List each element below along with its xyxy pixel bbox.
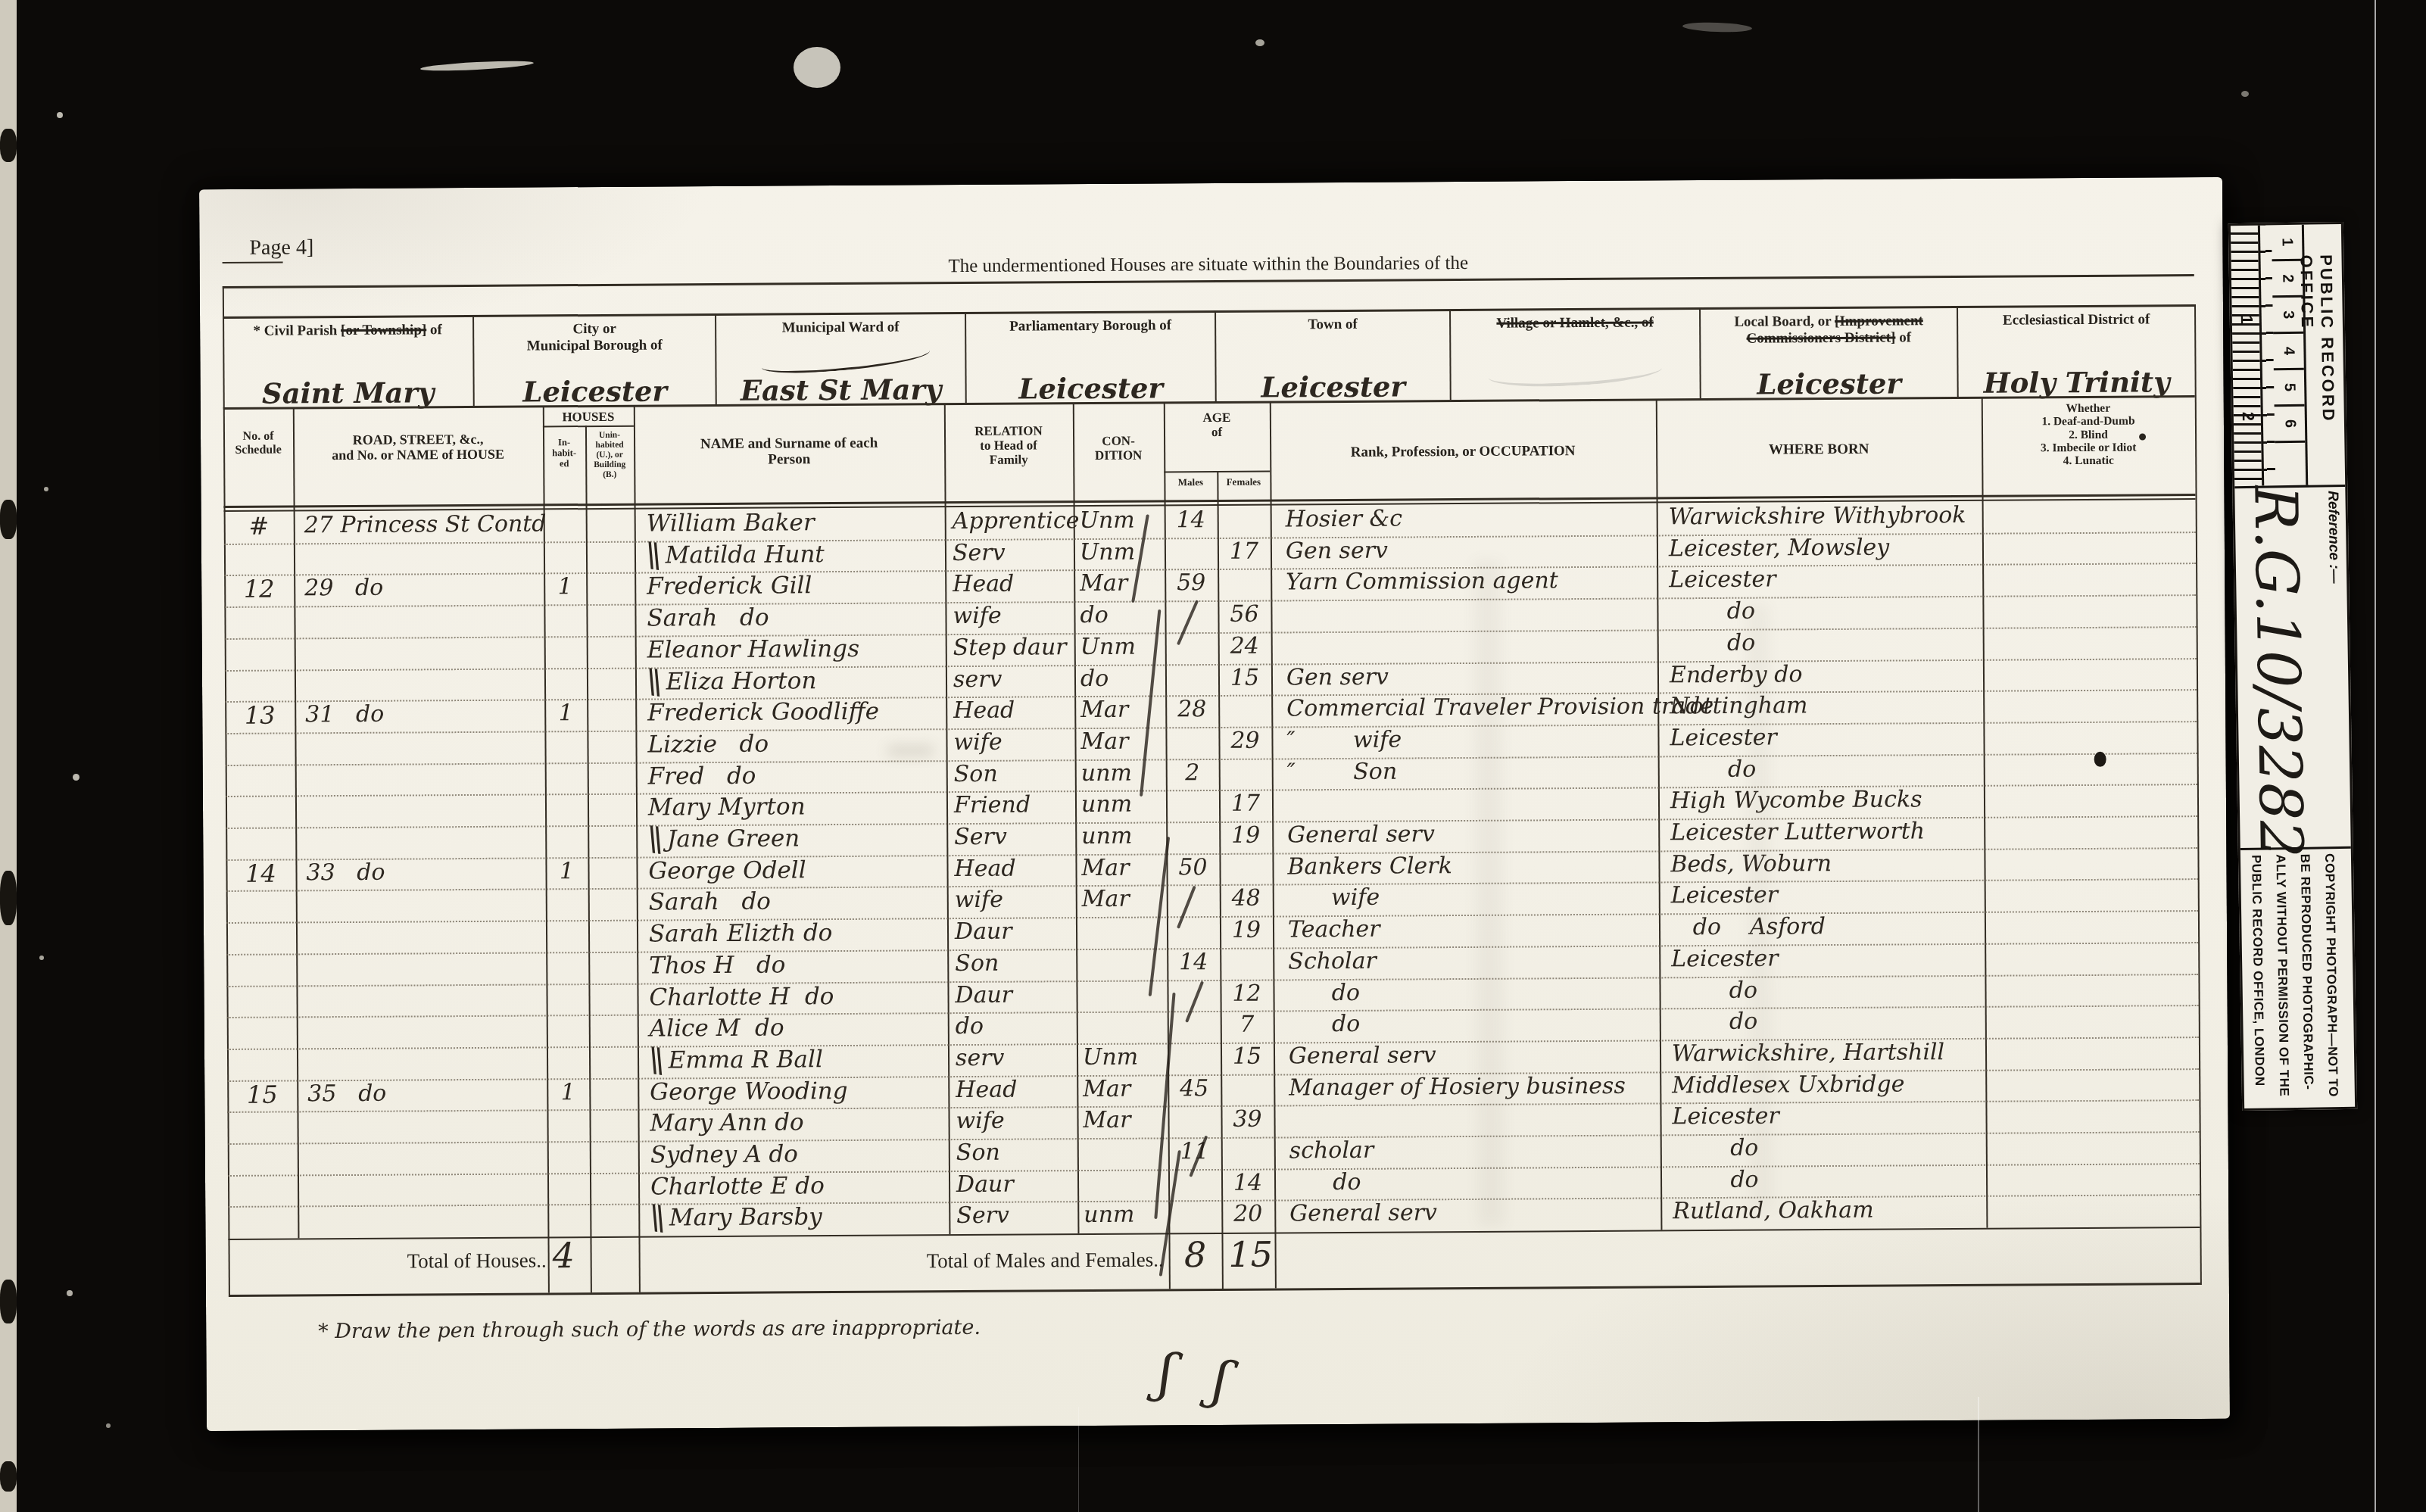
smudge: [1746, 604, 1773, 1210]
footnote: * Draw the pen through such of the words…: [318, 1316, 981, 1343]
ruler: 123456 12 PUBLIC RECORD OFFICE: [2231, 224, 2345, 488]
boundary-field-label: Local Board, or [ImprovementCommissioner…: [1701, 313, 1957, 348]
person-name: \\Matilda Hunt: [647, 539, 972, 570]
column-header-uninhabited: Unin-habited(U.), orBuilding(B.): [585, 431, 634, 480]
relation-to-head: serv: [953, 665, 1074, 694]
relation-to-head: Daur: [955, 917, 1076, 946]
where-born: Leicester: [1671, 880, 2030, 911]
relation-to-head: Head: [954, 854, 1075, 884]
household-end-mark: \\: [645, 661, 662, 703]
pen-squiggle: ʃ: [1208, 1348, 1233, 1412]
copyright-line: COPYRIGHT PHOTOGRAPH—NOT TO: [2317, 853, 2345, 1102]
boundary-field: Parliamentary Borough ofLeicester: [965, 312, 1215, 403]
relation-to-head: wife: [953, 601, 1074, 631]
condition: Mar: [1082, 885, 1167, 915]
column-header-name: NAME and Surname of eachPerson: [634, 435, 944, 469]
age-female: 12: [1220, 979, 1273, 1008]
relation-to-head: Friend: [954, 790, 1075, 820]
relation-to-head: Daur: [956, 1170, 1077, 1199]
column-header-females: Females: [1217, 477, 1270, 488]
copyright-line: ALLY WITHOUT PERMISSION OF THE: [2268, 854, 2296, 1103]
white-speck: [106, 1423, 111, 1428]
relation-to-head: wife: [956, 1106, 1077, 1136]
age-female: 19: [1220, 916, 1273, 945]
column-header-age: AGEof: [1164, 410, 1270, 440]
label-text: of: [426, 322, 442, 338]
copyright-zone: COPYRIGHT PHOTOGRAPH—NOT TOBE REPRODUCED…: [2240, 846, 2355, 1108]
condition: Mar: [1080, 727, 1165, 756]
boundary-field-label: Municipal Ward of: [716, 319, 965, 337]
relation-to-head: Son: [956, 1138, 1077, 1168]
person-name: Eleanor Hawlings: [647, 634, 973, 665]
boundary-field-value: Holy Trinity: [1958, 366, 2194, 400]
boundary-field-label: * Civil Parish [or Township] of: [223, 322, 472, 340]
ruler-number: 2: [2278, 274, 2296, 282]
age-male: 14: [1167, 948, 1220, 977]
age-female: 15: [1221, 1042, 1274, 1071]
condition: do: [1080, 600, 1165, 630]
column-headers: No. ofScheduleROAD, STREET, &c.,and No. …: [199, 177, 2222, 189]
ruler-inch-number: 1: [2237, 315, 2256, 325]
condition: Unm: [1080, 538, 1165, 567]
boundary-field: * Civil Parish [or Township] ofSaint Mar…: [223, 316, 473, 407]
table-rows: #27 Princess St ContdWilliam BakerAppren…: [199, 177, 2222, 189]
where-born: do: [1671, 974, 2030, 1005]
boundary-field: Local Board, or [ImprovementCommissioner…: [1699, 307, 1957, 398]
white-speck: [420, 59, 534, 73]
houses-inhabited: 1: [545, 857, 588, 886]
scanned-census-image: Page 4] The undermentioned Houses are si…: [0, 0, 2426, 1512]
ruler-number: 1: [2278, 238, 2296, 246]
age-female: 24: [1218, 631, 1271, 660]
ruler-number: 6: [2281, 419, 2298, 428]
label-text: Parliamentary Borough of: [1009, 317, 1171, 334]
schedule-number: 15: [227, 1080, 297, 1109]
person-name: Frederick Gill: [647, 570, 972, 601]
ruler-inch-number: 2: [2238, 412, 2258, 422]
condition: Mar: [1081, 853, 1166, 883]
boundary-field: City orMunicipal Borough ofLeicester: [472, 315, 716, 406]
boundary-field: Village or Hamlet, &c., of: [1449, 309, 1700, 400]
age-female: 20: [1221, 1200, 1274, 1229]
column-header-schedule: No. ofSchedule: [223, 429, 293, 457]
copyright-line: BE REPRODUCED PHOTOGRAPHIC-: [2292, 854, 2320, 1103]
relation-to-head: wife: [955, 886, 1076, 915]
film-blob: [0, 500, 17, 539]
boundary-field-label: City orMunicipal Borough of: [474, 320, 715, 355]
struck-label-text: Village or Hamlet, &c., of: [1496, 314, 1653, 331]
condition: Unm: [1080, 632, 1165, 662]
condition: unm: [1081, 821, 1166, 851]
age-female: 39: [1221, 1105, 1274, 1134]
where-born: do: [1670, 627, 2028, 658]
person-name: Sarah do: [649, 886, 974, 917]
person-name: George Wooding: [650, 1076, 975, 1107]
where-born: High Wycombe Bucks: [1670, 785, 2029, 816]
where-born: do: [1672, 1006, 2031, 1037]
total-females-value: 15: [1221, 1233, 1279, 1274]
struck-label-text: [or Township]: [341, 322, 426, 338]
where-born: Leicester: [1671, 943, 2030, 974]
column-header-occupation: Rank, Profession, or OCCUPATION: [1270, 442, 1656, 460]
relation-to-head: Serv: [956, 1202, 1077, 1231]
person-name: Mary Myrton: [648, 791, 974, 822]
relation-to-head: wife: [953, 728, 1074, 757]
white-speck: [1682, 21, 1752, 33]
ruler-number: 5: [2281, 383, 2298, 391]
houses-inhabited: 1: [547, 1078, 589, 1107]
pro-reference-label: 123456 12 PUBLIC RECORD OFFICE Reference…: [2228, 222, 2357, 1111]
relation-to-head: Son: [955, 949, 1076, 978]
where-born: Leicester, Mowsley: [1669, 532, 2028, 563]
condition: Unm: [1083, 1043, 1168, 1072]
household-end-mark: \\: [644, 535, 661, 576]
age-female: 19: [1219, 821, 1272, 850]
person-name: William Baker: [647, 507, 972, 538]
person-name: \\Mary Barsby: [650, 1202, 976, 1233]
where-born: Enderby do: [1670, 659, 2028, 690]
condition: Unm: [1080, 506, 1165, 535]
household-end-mark: \\: [648, 1198, 665, 1239]
reference-zone: Reference :— R.G.10/3282: [2234, 485, 2350, 848]
where-born: do: [1670, 753, 2029, 784]
household-end-mark: \\: [646, 818, 663, 860]
age-female: 17: [1218, 537, 1271, 566]
column-header-condition: CON-DITION: [1073, 433, 1164, 463]
where-born: Warwickshire, Hartshill: [1672, 1037, 2031, 1068]
where-born: do: [1669, 596, 2028, 627]
age-male: 45: [1168, 1074, 1221, 1103]
schedule-number: 14: [226, 859, 295, 888]
houses-inhabited: 1: [544, 699, 587, 728]
condition: unm: [1081, 759, 1166, 788]
age-male: 28: [1165, 695, 1218, 724]
census-form: Page 4] The undermentioned Houses are si…: [199, 177, 2230, 1431]
where-born: Leicester: [1670, 722, 2028, 753]
schedule-number: 13: [225, 701, 295, 731]
condition: unm: [1081, 790, 1166, 820]
page-number: Page 4]: [249, 235, 313, 260]
ruler-number: 3: [2279, 310, 2297, 319]
total-males-value: 8: [1168, 1234, 1221, 1275]
person-name: \\Jane Green: [648, 823, 974, 854]
occupation: Hosier &c: [1286, 503, 1687, 534]
boundary-field-label: Ecclesiastical District of: [1958, 311, 2194, 329]
condition: Mar: [1083, 1074, 1168, 1104]
where-born: Leicester: [1672, 1101, 2031, 1132]
age-female: 29: [1218, 726, 1271, 755]
ruler-number: 4: [2280, 347, 2297, 355]
white-speck: [1255, 39, 1264, 46]
white-speck: [57, 112, 63, 118]
white-speck: [794, 47, 840, 88]
where-born: Rutland, Oakham: [1673, 1196, 2032, 1227]
boundary-field: Town ofLeicester: [1215, 310, 1450, 401]
person-name: Lizzie do: [647, 728, 973, 759]
film-blob: [0, 1280, 17, 1323]
person-name: Thos H do: [649, 949, 974, 980]
smudge: [1473, 560, 1505, 1227]
pen-strokes: [199, 177, 2222, 189]
where-born: Leicester Lutterworth: [1670, 816, 2029, 847]
where-born: do: [1673, 1132, 2032, 1163]
table-gridlines: [199, 177, 2222, 189]
white-speck: [39, 956, 44, 960]
age-male: 50: [1166, 853, 1219, 882]
condition: Mar: [1080, 696, 1165, 725]
person-name: George Odell: [648, 855, 974, 886]
reference-caption: Reference :—: [2324, 491, 2342, 584]
column-header-relation: RELATIONto Head ofFamily: [944, 423, 1073, 467]
person-name: Fred do: [648, 760, 974, 791]
reference-number: R.G.10/3282: [2240, 485, 2314, 848]
relation-to-head: Serv: [953, 538, 1074, 568]
relation-to-head: Head: [953, 570, 1074, 600]
ink-blot: [2094, 752, 2106, 767]
scan-line: [1078, 1407, 1079, 1512]
where-born: do Asford: [1671, 912, 2030, 943]
pen-squiggle: ʃ: [1156, 1342, 1177, 1404]
relation-to-head: do: [956, 1012, 1077, 1041]
copyright-text: COPYRIGHT PHOTOGRAPH—NOT TOBE REPRODUCED…: [2244, 853, 2345, 1104]
h-rule: [229, 1283, 2200, 1297]
relation-to-head: Head: [953, 696, 1074, 725]
age-female: 15: [1218, 663, 1271, 692]
boundary-field: Ecclesiastical District ofHoly Trinity: [1957, 306, 2195, 397]
where-born: Leicester: [1669, 564, 2028, 595]
age-male: 14: [1165, 506, 1218, 535]
person-name: \\Eliza Horton: [647, 665, 973, 696]
person-name: Charlotte E do: [650, 1171, 976, 1202]
boundary-field-label: Parliamentary Borough of: [966, 317, 1215, 335]
struck-label-text: Commissioners District]: [1746, 329, 1895, 346]
where-born: Middlesex Uxbridge: [1672, 1069, 2031, 1100]
person-name: Frederick Goodliffe: [647, 697, 973, 728]
person-name: Sydney A do: [650, 1139, 976, 1170]
person-name: Sarah do: [647, 602, 972, 633]
label-text: Local Board, or: [1734, 313, 1835, 330]
age-female: 7: [1221, 1011, 1274, 1040]
column-header-road: ROAD, STREET, &c.,and No. or NAME of HOU…: [293, 431, 543, 463]
h-rule: [543, 426, 634, 428]
boundary-fields: * Civil Parish [or Township] ofSaint Mar…: [223, 306, 2195, 407]
person-name: Sarah Elizth do: [649, 918, 974, 949]
condition: Mar: [1080, 569, 1165, 599]
relation-to-head: Head: [956, 1075, 1077, 1105]
column-header-inhabited: In-habit-ed: [543, 437, 585, 469]
relation-to-head: Apprentice: [953, 507, 1074, 536]
scan-line: [2375, 0, 2376, 1512]
pro-office-title: PUBLIC RECORD OFFICE: [2296, 254, 2339, 482]
total-houses-value: 4: [552, 1235, 575, 1276]
white-speck: [67, 1290, 73, 1296]
label-text: Ecclesiastical District of: [2003, 311, 2150, 328]
relation-to-head: Step daur: [953, 633, 1074, 662]
smudge: [888, 747, 934, 754]
label-text: Municipal Ward of: [782, 320, 900, 336]
relation-to-head: Son: [954, 759, 1075, 789]
age-female: 14: [1221, 1168, 1274, 1197]
label-text: Town of: [1308, 316, 1357, 332]
boundary-field-label: Village or Hamlet, &c., of: [1451, 314, 1699, 332]
total-houses-label: Total of Houses..: [320, 1249, 547, 1274]
white-speck: [2241, 91, 2249, 97]
where-born: do: [1673, 1164, 2032, 1195]
houses-inhabited: 1: [544, 572, 586, 601]
film-blob: [0, 129, 17, 162]
label-text: of: [1895, 329, 1911, 345]
label-text: Municipal Borough of: [527, 337, 663, 354]
person-name: Alice M do: [650, 1012, 975, 1043]
white-speck: [73, 774, 80, 781]
struck-label-text: [Improvement: [1835, 313, 1923, 329]
person-name: Charlotte H do: [649, 980, 974, 1012]
age-male: 59: [1165, 569, 1218, 597]
column-header-males: Males: [1164, 477, 1217, 488]
column-header-disability: Whether1. Deaf-and-Dumb2. Blind3. Imbeci…: [1982, 401, 2196, 469]
copyright-line: PUBLIC RECORD OFFICE, LONDON: [2244, 855, 2272, 1104]
total-males-females-label: Total of Males and Females..: [781, 1248, 1164, 1274]
relation-to-head: serv: [956, 1043, 1077, 1073]
age-female: 17: [1219, 790, 1272, 818]
faint-scribble: [1488, 354, 1663, 390]
boundary-field: Municipal Ward ofEast St Mary: [715, 313, 965, 404]
where-born: Beds, Woburn: [1670, 848, 2029, 879]
column-header-houses: HOUSES: [543, 410, 634, 425]
label-text: * Civil Parish: [253, 323, 341, 339]
relation-to-head: Serv: [954, 822, 1075, 852]
age-female: 56: [1218, 600, 1271, 629]
where-born: Warwickshire Withybrook: [1669, 500, 2028, 532]
film-blob: [0, 871, 17, 925]
boundary-field-value: Leicester: [475, 375, 716, 408]
age-female: 48: [1220, 884, 1273, 913]
label-text: City or: [572, 321, 616, 337]
condition: Mar: [1083, 1106, 1168, 1136]
where-born: Nottingham: [1670, 691, 2028, 722]
relation-to-head: Daur: [955, 980, 1076, 1010]
film-blob: [0, 1461, 17, 1492]
schedule-number: 12: [224, 575, 294, 604]
age-male: 2: [1166, 759, 1219, 787]
household-end-mark: \\: [647, 1040, 664, 1081]
ink-blot: [2139, 433, 2146, 440]
boundary-field-value: Leicester: [1217, 371, 1450, 404]
schedule-number: #: [224, 511, 294, 541]
column-header-born: WHERE BORN: [1656, 441, 1982, 459]
handwriting-flourish: [761, 342, 931, 377]
person-name: Mary Ann do: [650, 1107, 975, 1138]
boundary-field-label: Town of: [1216, 316, 1449, 334]
person-name: \\Emma R Ball: [650, 1044, 975, 1075]
white-speck: [44, 487, 48, 491]
scan-line: [1978, 1397, 1979, 1512]
